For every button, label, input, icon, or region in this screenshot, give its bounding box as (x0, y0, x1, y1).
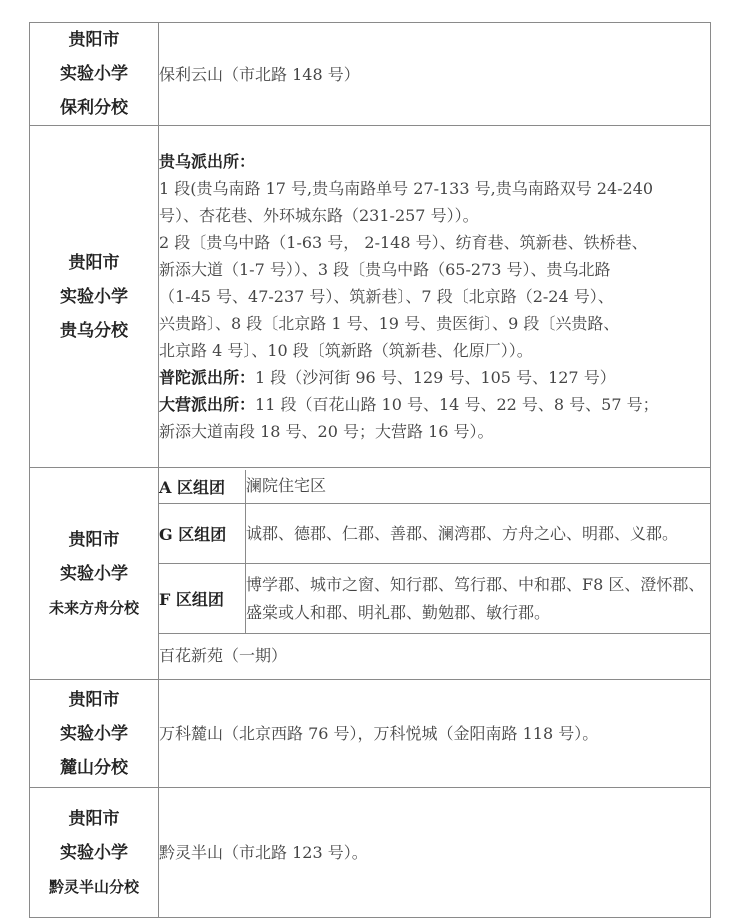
group-row: F 区组团 博学郡、城市之窗、知行郡、笃行郡、中和郡、F8 区、澄怀郡、盛棠或人… (159, 564, 710, 634)
table-row-baoli: 贵阳市 实验小学 保利分校 保利云山（市北路 148 号） (30, 23, 711, 126)
school-name: 实验小学 (30, 280, 158, 314)
school-city: 贵阳市 (30, 802, 158, 836)
school-name: 实验小学 (30, 836, 158, 870)
district-cell: 贵乌派出所： 1 段(贵乌南路 17 号,贵乌南路单号 27-133 号,贵乌南… (159, 126, 711, 468)
district-text: 11 段（百花山路 10 号、14 号、22 号、8 号、57 号； (255, 395, 659, 414)
district-line: 1 段(贵乌南路 17 号,贵乌南路单号 27-133 号,贵乌南路双号 24-… (159, 175, 710, 202)
district-line: 号）、杏花巷、外环城东路（231-257 号））。 (159, 202, 710, 229)
district-line: 新添大道（1-7 号））、3 段〔贵乌中路（65-273 号）、贵乌北路 (159, 256, 710, 283)
district-line: （1-45 号、47-237 号）、筑新巷〕、7 段〔北京路（2-24 号）、 (159, 283, 710, 310)
district-line: 2 段〔贵乌中路（1-63 号， 2-148 号）、纺育巷、筑新巷、铁桥巷、 (159, 229, 710, 256)
group-table: A 区组团 澜院住宅区 G 区组团 诚郡、德郡、仁郡、善郡、澜湾郡、方舟之心、明… (159, 470, 710, 678)
district-line: 新添大道南段 18 号、20 号；大营路 16 号）。 (159, 418, 710, 445)
police-station-label: 普陀派出所： (159, 368, 255, 387)
school-branch: 贵乌分校 (30, 314, 158, 348)
group-value: 澜院住宅区 (246, 470, 711, 504)
table-row-qianling: 贵阳市 实验小学 黔灵半山分校 黔灵半山（市北路 123 号）。 (30, 788, 711, 918)
district-line: 北京路 4 号〕、10 段〔筑新路（筑新巷、化原厂））。 (159, 337, 710, 364)
group-row: 百花新苑（一期） (159, 634, 710, 678)
district-cell: A 区组团 澜院住宅区 G 区组团 诚郡、德郡、仁郡、善郡、澜湾郡、方舟之心、明… (159, 468, 711, 680)
group-label: F 区组团 (159, 564, 246, 634)
district-text: 1 段（沙河街 96 号、129 号、105 号、127 号） (255, 368, 616, 387)
school-name-cell: 贵阳市 实验小学 麓山分校 (30, 680, 159, 788)
district-line: 兴贵路〕、8 段〔北京路 1 号、19 号、贵医街〕、9 段〔兴贵路、 (159, 310, 710, 337)
district-cell: 黔灵半山（市北路 123 号）。 (159, 788, 711, 918)
school-name-cell: 贵阳市 实验小学 贵乌分校 (30, 126, 159, 468)
school-city: 贵阳市 (30, 246, 158, 280)
group-row: A 区组团 澜院住宅区 (159, 470, 710, 504)
school-city: 贵阳市 (30, 683, 158, 717)
district-cell: 保利云山（市北路 148 号） (159, 23, 711, 126)
school-branch: 黔灵半山分校 (30, 870, 158, 904)
school-district-table: 贵阳市 实验小学 保利分校 保利云山（市北路 148 号） 贵阳市 实验小学 贵… (29, 22, 711, 918)
school-name-cell: 贵阳市 实验小学 保利分校 (30, 23, 159, 126)
group-label: A 区组团 (159, 470, 246, 504)
police-station-label: 大营派出所： (159, 395, 255, 414)
school-branch: 保利分校 (30, 91, 158, 125)
school-name: 实验小学 (30, 557, 158, 591)
school-branch: 麓山分校 (30, 751, 158, 785)
school-city: 贵阳市 (30, 523, 158, 557)
school-name-cell: 贵阳市 实验小学 黔灵半山分校 (30, 788, 159, 918)
school-name: 实验小学 (30, 717, 158, 751)
table-row-lushan: 贵阳市 实验小学 麓山分校 万科麓山（北京西路 76 号），万科悦城（金阳南路 … (30, 680, 711, 788)
district-cell: 万科麓山（北京西路 76 号），万科悦城（金阳南路 118 号）。 (159, 680, 711, 788)
table-row-guiwu: 贵阳市 实验小学 贵乌分校 贵乌派出所： 1 段(贵乌南路 17 号,贵乌南路单… (30, 126, 711, 468)
group-row: G 区组团 诚郡、德郡、仁郡、善郡、澜湾郡、方舟之心、明郡、义郡。 (159, 504, 710, 564)
police-station-label: 贵乌派出所： (159, 148, 710, 175)
district-line: 大营派出所：11 段（百花山路 10 号、14 号、22 号、8 号、57 号； (159, 391, 710, 418)
school-name-cell: 贵阳市 实验小学 未来方舟分校 (30, 468, 159, 680)
group-label: G 区组团 (159, 504, 246, 564)
district-line: 普陀派出所：1 段（沙河街 96 号、129 号、105 号、127 号） (159, 364, 710, 391)
school-branch: 未来方舟分校 (30, 591, 158, 625)
table-row-weilai: 贵阳市 实验小学 未来方舟分校 A 区组团 澜院住宅区 G 区组团 诚郡、德郡、… (30, 468, 711, 680)
school-name: 实验小学 (30, 57, 158, 91)
extra-district: 百花新苑（一期） (159, 634, 710, 678)
school-city: 贵阳市 (30, 23, 158, 57)
group-value: 诚郡、德郡、仁郡、善郡、澜湾郡、方舟之心、明郡、义郡。 (246, 504, 711, 564)
group-value: 博学郡、城市之窗、知行郡、笃行郡、中和郡、F8 区、澄怀郡、盛棠或人和郡、明礼郡… (246, 564, 711, 634)
